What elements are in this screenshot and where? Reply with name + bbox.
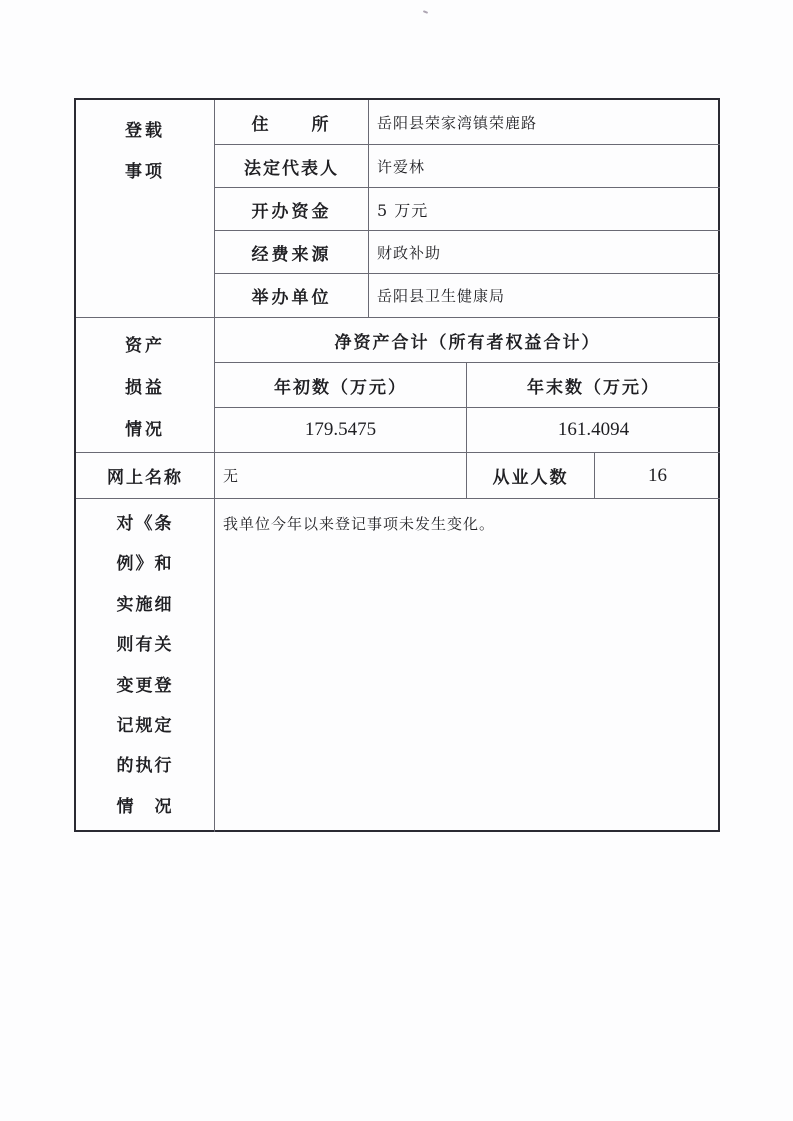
assets-label-line1: 资产 bbox=[125, 331, 165, 356]
start-of-year-header: 年初数（万元） bbox=[215, 363, 466, 407]
compliance-label-line: 记规定 bbox=[117, 711, 174, 751]
end-of-year-header: 年末数（万元） bbox=[467, 363, 720, 407]
staff-count-value: 16 bbox=[595, 453, 720, 498]
staff-count-label: 从业人数 bbox=[467, 453, 594, 498]
sponsor-label: 举办单位 bbox=[215, 274, 368, 317]
compliance-label-line: 实施细 bbox=[117, 590, 174, 630]
net-assets-header: 净资产合计（所有者权益合计） bbox=[215, 318, 720, 362]
legal-rep-label: 法定代表人 bbox=[215, 145, 368, 187]
compliance-label-line: 情 况 bbox=[117, 792, 174, 832]
compliance-label-line: 对《条 bbox=[117, 509, 174, 549]
annual-report-table: 登载 事项 住 所 岳阳县荣家湾镇荣鹿路 法定代表人 许爱林 开办资金 5 万元… bbox=[74, 98, 720, 832]
registration-section-label: 登载 事项 bbox=[76, 100, 214, 317]
assets-section-label: 资产 损益 情况 bbox=[76, 318, 214, 452]
compliance-content: 我单位今年以来登记事项未发生变化。 bbox=[215, 499, 720, 832]
start-of-year-value: 179.5475 bbox=[215, 408, 466, 452]
compliance-label-line: 例》和 bbox=[117, 549, 174, 589]
funding-source-label: 经费来源 bbox=[215, 231, 368, 273]
compliance-label: 对《条 例》和 实施细 则有关 变更登 记规定 的执行 情 况 bbox=[76, 499, 214, 832]
funding-source-value: 财政补助 bbox=[369, 231, 720, 273]
compliance-label-line: 的执行 bbox=[117, 751, 174, 791]
compliance-label-line: 变更登 bbox=[117, 671, 174, 711]
registration-label-line2: 事项 bbox=[125, 157, 165, 182]
capital-value: 5 万元 bbox=[369, 188, 720, 230]
capital-label: 开办资金 bbox=[215, 188, 368, 230]
online-name-label: 网上名称 bbox=[76, 453, 214, 498]
scan-speck bbox=[423, 10, 428, 14]
registration-label-line1: 登载 bbox=[125, 116, 165, 141]
assets-label-line2: 损益 bbox=[125, 373, 165, 398]
sponsor-value: 岳阳县卫生健康局 bbox=[369, 274, 720, 317]
assets-label-line3: 情况 bbox=[125, 415, 165, 440]
address-label: 住 所 bbox=[215, 100, 368, 144]
compliance-label-line: 则有关 bbox=[117, 630, 174, 670]
end-of-year-value: 161.4094 bbox=[467, 408, 720, 452]
legal-rep-value: 许爱林 bbox=[369, 145, 720, 187]
online-name-value: 无 bbox=[215, 453, 466, 498]
address-value: 岳阳县荣家湾镇荣鹿路 bbox=[369, 100, 720, 144]
